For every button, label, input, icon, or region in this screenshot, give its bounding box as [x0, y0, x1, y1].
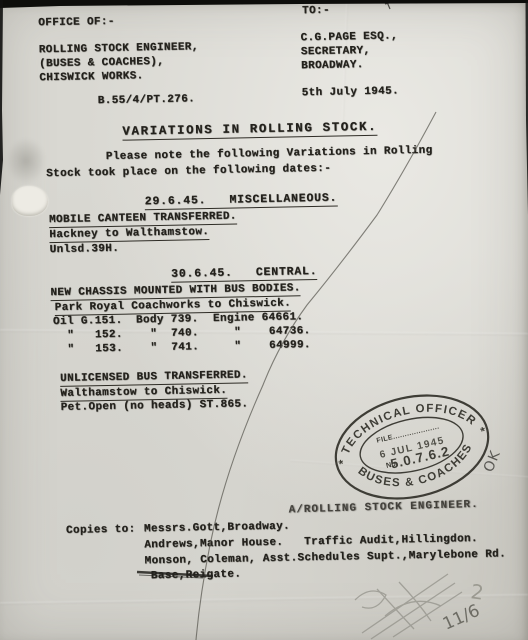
document-title-text: VARIATIONS IN ROLLING STOCK.	[122, 120, 377, 141]
office-address-line: ROLLING STOCK ENGINEER,	[39, 41, 199, 58]
section-note: Unlsd.39H.	[50, 243, 120, 258]
intro-line: Stock took place on the following dates:…	[46, 163, 331, 182]
copies-label: Copies to:	[66, 524, 136, 539]
table-cell: " 740.	[136, 327, 199, 342]
recipient-line: C.G.PAGE ESQ.,	[300, 30, 398, 46]
document-title: VARIATIONS IN ROLLING STOCK.	[122, 120, 377, 141]
table-cell: " 64999.	[213, 339, 311, 355]
typed-document: OFFICE OF:- TO:- ROLLING STOCK ENGINEER,…	[0, 0, 528, 640]
table-cell: Body 739.	[136, 313, 199, 328]
intro-line: Please note the following Variations in …	[106, 145, 433, 165]
document-date: 5th July 1945.	[302, 85, 400, 101]
underlined-text: Hackney to Walthamstow.	[49, 226, 209, 243]
scanned-memo-page: OFFICE OF:- TO:- ROLLING STOCK ENGINEER,…	[0, 0, 528, 640]
section-heading-text: 30.6.45. CENTRAL.	[171, 265, 318, 283]
table-cell: " 741.	[136, 341, 199, 356]
recipient-line: BROADWAY.	[301, 59, 364, 74]
section-note: Pet.Open (no heads) ST.865.	[61, 398, 249, 415]
recipient-line: SECRETARY,	[301, 45, 371, 60]
section-line: Hackney to Walthamstow.	[49, 226, 209, 243]
office-address-line: CHISWICK WORKS.	[39, 70, 144, 86]
office-of-label: OFFICE OF:-	[38, 16, 115, 31]
section-heading-text: 29.6.45. MISCELLANEOUS.	[145, 192, 338, 211]
copies-line: Messrs.Gott,Broadway.	[144, 521, 290, 538]
table-cell: " 152.	[53, 329, 123, 344]
office-address-line: (BUSES & COACHES),	[39, 56, 164, 72]
section-heading-miscellaneous: 29.6.45. MISCELLANEOUS.	[145, 192, 338, 210]
rolling-stock-table: Oil G.151. Body 739. Engine 64661. " 152…	[0, 0, 522, 5]
table-cell: " 153.	[53, 343, 123, 358]
table-cell: Engine 64661.	[213, 311, 304, 326]
table-cell: Oil G.151.	[53, 315, 123, 330]
section-heading-central: 30.6.45. CENTRAL.	[171, 265, 318, 282]
file-reference: B.55/4/PT.276.	[98, 93, 196, 109]
to-label: TO:-	[302, 5, 330, 19]
copies-line-struck: Base,Reigate.	[151, 568, 242, 583]
